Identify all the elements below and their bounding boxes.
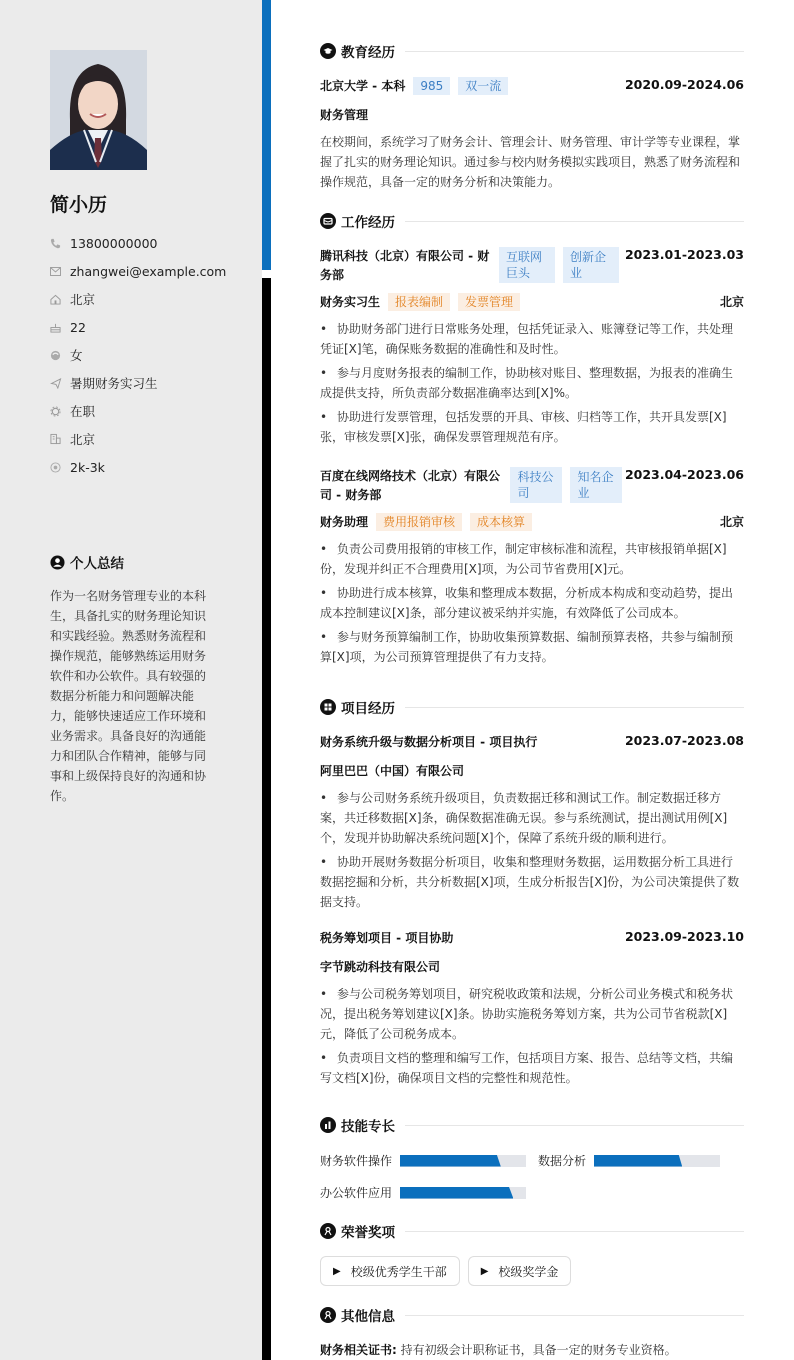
building-icon	[50, 433, 70, 445]
section-education-heading: 教育经历	[320, 41, 744, 61]
work-entry: 腾讯科技（北京）有限公司 - 财务部 互联网巨头 创新企业 2023.01-20…	[320, 247, 744, 451]
skill-name: 办公软件应用	[320, 1184, 394, 1201]
skill-tag: 费用报销审核	[376, 513, 462, 531]
skill-bar	[400, 1187, 526, 1199]
gender-icon	[50, 350, 70, 361]
list-item: 参与月度财务报表的编制工作，协助核对账目、整理数据，为报表的准确生成提供支持，所…	[320, 363, 744, 403]
skill-bar	[400, 1155, 526, 1167]
other-info-label: 财务相关证书:	[320, 1343, 397, 1357]
skill-bar	[594, 1155, 720, 1167]
work-date: 2023.04-2023.06	[625, 467, 744, 482]
summary-text: 作为一名财务管理专业的本科生，具备扎实的财务理论知识和实践经验。熟悉财务流程和操…	[50, 586, 212, 806]
section-work-heading: 工作经历	[320, 211, 744, 231]
skill-tag: 成本核算	[470, 513, 532, 531]
list-item: 参与财务预算编制工作，协助收集预算数据、编制预算表格，共参与编制预算[X]项，为…	[320, 627, 744, 667]
education-entry: 北京大学 - 本科985双一流 2020.09-2024.06 财务管理 在校期…	[320, 77, 744, 192]
company-tag: 互联网巨头	[499, 247, 555, 283]
skill-bar-fill	[400, 1187, 513, 1199]
play-triangle-icon: ▶	[481, 1266, 489, 1277]
project-company: 阿里巴巴（中国）有限公司	[320, 762, 744, 779]
play-triangle-icon: ▶	[333, 1266, 341, 1277]
work-entry: 百度在线网络技术（北京）有限公司 - 财务部 科技公司 知名企业 2023.04…	[320, 467, 744, 671]
project-entry: 财务系统升级与数据分析项目 - 项目执行 2023.07-2023.08 阿里巴…	[320, 733, 744, 916]
section-skills-heading: 技能专长	[320, 1115, 744, 1135]
section-awards-heading: 荣誉奖项	[320, 1221, 744, 1241]
job-city: 北京	[720, 293, 744, 310]
graduation-cap-icon	[320, 43, 336, 59]
list-item: 协助进行成本核算，收集和整理成本数据，分析成本构成和变动趋势，提出成本控制建议[…	[320, 583, 744, 623]
salary-icon	[50, 462, 70, 473]
list-item: 参与公司税务筹划项目，研究税收政策和法规，分析公司业务模式和税务状况，提出税务筹…	[320, 984, 744, 1044]
phone-icon	[50, 238, 70, 249]
list-item: 协助开展财务数据分析项目，收集和整理财务数据，运用数据分析工具进行数据挖掘和分析…	[320, 852, 744, 912]
project-entry: 税务筹划项目 - 项目协助 2023.09-2023.10 字节跳动科技有限公司…	[320, 929, 744, 1092]
project-date: 2023.09-2023.10	[625, 929, 744, 944]
job-role: 财务助理	[320, 515, 368, 529]
section-other-heading: 其他信息	[320, 1305, 744, 1325]
project-company: 字节跳动科技有限公司	[320, 958, 744, 975]
info-city: 北京	[50, 425, 226, 453]
candidate-name: 简小历	[50, 190, 107, 217]
list-item: 协助财务部门进行日常账务处理，包括凭证录入、账簿登记等工作，共处理凭证[X]笔，…	[320, 319, 744, 359]
skill-tag: 发票管理	[458, 293, 520, 311]
accent-bar-blue	[262, 0, 271, 270]
summary-heading: 个人总结	[50, 552, 124, 572]
work-bullets: 负责公司费用报销的审核工作，制定审核标准和流程，共审核报销单据[X]份，发现并纠…	[320, 539, 744, 667]
awards-list: ▶校级优秀学生干部 ▶校级奖学金	[320, 1256, 744, 1286]
info-phone: 13800000000	[50, 229, 226, 257]
project-bullets: 参与公司财务系统升级项目，负责数据迁移和测试工作。制定数据迁移方案，共迁移数据[…	[320, 788, 744, 912]
work-bullets: 协助财务部门进行日常账务处理，包括凭证录入、账簿登记等工作，共处理凭证[X]笔，…	[320, 319, 744, 447]
project-name: 财务系统升级与数据分析项目 - 项目执行	[320, 733, 537, 750]
company-tag: 创新企业	[563, 247, 619, 283]
list-item: 负责公司费用报销的审核工作，制定审核标准和流程，共审核报销单据[X]份，发现并纠…	[320, 539, 744, 579]
list-item: 协助进行发票管理，包括发票的开具、审核、归档等工作，共开具发票[X]张，审核发票…	[320, 407, 744, 447]
grid-icon	[320, 699, 336, 715]
briefcase-icon	[320, 213, 336, 229]
section-projects-heading: 项目经历	[320, 697, 744, 717]
job-role: 财务实习生	[320, 295, 380, 309]
info-status: 在职	[50, 397, 226, 425]
user-circle-icon	[50, 555, 65, 570]
project-bullets: 参与公司税务筹划项目，研究税收政策和法规，分析公司业务模式和税务状况，提出税务筹…	[320, 984, 744, 1088]
project-date: 2023.07-2023.08	[625, 733, 744, 748]
cake-icon	[50, 322, 70, 333]
info-location: 北京	[50, 285, 226, 313]
skill-tag: 报表编制	[388, 293, 450, 311]
contact-info-list: 13800000000 zhangwei@example.com 北京 22 女…	[50, 229, 226, 481]
list-item: 参与公司财务系统升级项目，负责数据迁移和测试工作。制定数据迁移方案，共迁移数据[…	[320, 788, 744, 848]
info-badge-icon	[320, 1307, 336, 1323]
info-age: 22	[50, 313, 226, 341]
other-info-value: 持有初级会计职称证书，具备一定的财务专业资格。	[401, 1343, 677, 1357]
mail-icon	[50, 267, 70, 276]
list-item: 负责项目文档的整理和编写工作，包括项目方案、报告、总结等文档，共编写文档[X]份…	[320, 1048, 744, 1088]
company-tag: 科技公司	[510, 467, 562, 503]
other-info: 财务相关证书: 持有初级会计职称证书，具备一定的财务专业资格。	[320, 1341, 744, 1358]
skill-item: 办公软件应用	[320, 1184, 526, 1201]
school-tag: 双一流	[458, 77, 508, 95]
send-icon	[50, 378, 70, 389]
avatar-photo	[50, 50, 147, 170]
education-date: 2020.09-2024.06	[625, 77, 744, 92]
company-name: 腾讯科技（北京）有限公司 - 财务部	[320, 247, 490, 285]
project-name: 税务筹划项目 - 项目协助	[320, 929, 453, 946]
award-icon	[320, 1223, 336, 1239]
skill-bar-fill	[400, 1155, 501, 1167]
skill-name: 财务软件操作	[320, 1152, 394, 1169]
company-tag: 知名企业	[570, 467, 622, 503]
info-salary: 2k-3k	[50, 453, 226, 481]
education-desc: 在校期间，系统学习了财务会计、管理会计、财务管理、审计学等专业课程，掌握了扎实的…	[320, 132, 744, 192]
major: 财务管理	[320, 106, 744, 123]
info-email: zhangwei@example.com	[50, 257, 226, 285]
info-job-target: 暑期财务实习生	[50, 369, 226, 397]
award-item: ▶校级优秀学生干部	[320, 1256, 460, 1286]
gear-icon	[50, 406, 70, 417]
bar-chart-icon	[320, 1117, 336, 1133]
job-city: 北京	[720, 513, 744, 530]
work-date: 2023.01-2023.03	[625, 247, 744, 262]
accent-bar-black	[262, 278, 271, 1360]
company-name: 百度在线网络技术（北京）有限公司 - 财务部	[320, 467, 505, 505]
skill-item: 财务软件操作	[320, 1152, 526, 1169]
school-tag: 985	[413, 77, 450, 95]
skill-item: 数据分析	[538, 1152, 720, 1169]
home-icon	[50, 294, 70, 305]
school-name: 北京大学 - 本科	[320, 79, 405, 93]
skill-name: 数据分析	[538, 1152, 588, 1169]
award-item: ▶校级奖学金	[468, 1256, 572, 1286]
info-gender: 女	[50, 341, 226, 369]
skill-bar-fill	[594, 1155, 682, 1167]
